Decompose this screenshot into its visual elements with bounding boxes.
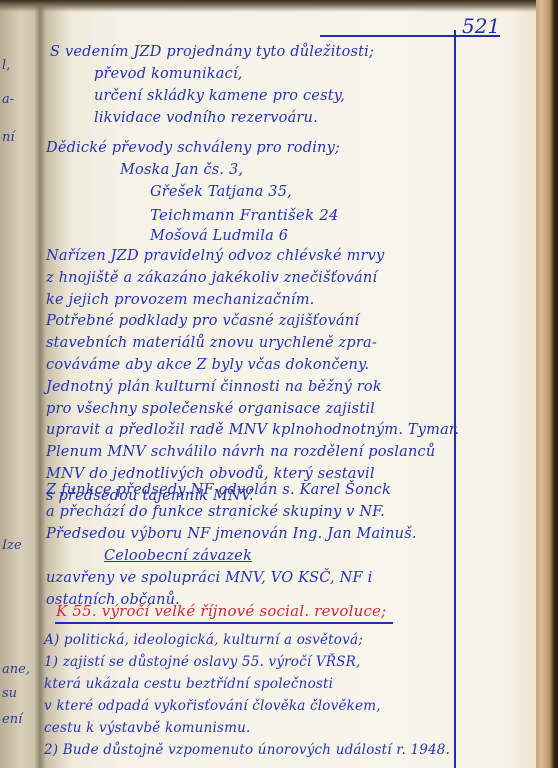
- text-line: S vedením JZD projednány tyto důležitost…: [50, 44, 374, 60]
- text-line: Jednotný plán kulturní činnosti na běžný…: [46, 379, 382, 395]
- text-line: ke jejich provozem mechanizačním.: [46, 292, 314, 308]
- text-line: likvidace vodního rezervoáru.: [94, 110, 318, 126]
- text-line: upravit a předložil radě MNV kplnohodnot…: [46, 422, 459, 438]
- margin-fragment: Ize: [2, 538, 22, 553]
- text-line: Teichmann František 24: [150, 206, 339, 224]
- text-line: z hnojiště a zákazáno jakékoliv znečišťo…: [46, 270, 377, 286]
- text-line: pro všechny společenské organisace zajis…: [46, 401, 375, 417]
- margin-fragment: l,: [2, 58, 10, 73]
- text-line: Z funkce předsedy NF odvolán s. Karel Šo…: [46, 482, 391, 498]
- text-line: stavebních materiálů znovu urychleně zpr…: [46, 335, 377, 351]
- list-line: 1) zajistí se důstojné oslavy 55. výročí…: [44, 654, 361, 670]
- list-line: cestu k výstavbě komunismu.: [44, 720, 251, 736]
- text-line: určení skládky kamene pro cesty,: [94, 88, 345, 104]
- text-line: převod komunikací,: [94, 66, 243, 82]
- page-top-shadow: [0, 0, 558, 12]
- text-line: Potřebné podklady pro včasné zajišťování: [46, 313, 359, 329]
- margin-fragment: ení: [2, 712, 22, 727]
- text-line: Moska Jan čs. 3,: [120, 162, 243, 178]
- text-line: Dědické převody schváleny pro rodiny;: [46, 140, 340, 156]
- text-line: Gřešek Tatjana 35,: [150, 184, 292, 200]
- text-line: MNV do jednotlivých obvodů, který sestav…: [46, 466, 375, 482]
- text-line: Předsedou výboru NF jmenován Ing. Jan Ma…: [46, 526, 417, 542]
- margin-fragment: a-: [2, 92, 14, 107]
- text-line: Nařízen JZD pravidelný odvoz chlévské mr…: [46, 248, 384, 264]
- text-line: Mošová Ludmila 6: [150, 228, 288, 244]
- list-line: A) politická, ideologická, kulturní a os…: [44, 632, 363, 648]
- red-heading: K 55. výročí velké říjnové social. revol…: [56, 602, 386, 620]
- list-line: 2) Bude důstojně vzpomenuto únorových ud…: [44, 742, 450, 758]
- text-line: Plenum MNV schválilo návrh na rozdělení …: [46, 444, 435, 460]
- text-line: cováváme aby akce Z byly včas dokončeny.: [46, 357, 369, 373]
- margin-fragment: ane,: [2, 662, 30, 677]
- right-margin-rule: [454, 30, 456, 768]
- list-line: v které odpadá vykořisťování člověka člo…: [44, 698, 381, 714]
- text-line: uzavřeny ve spolupráci MNV, VO KSČ, NF i: [46, 570, 372, 586]
- list-line: která ukázala cestu beztřídní společnost…: [44, 676, 333, 692]
- red-heading-underline: [55, 622, 393, 624]
- section-heading: Celoobecní závazek: [104, 548, 252, 564]
- page-number: 521: [462, 14, 500, 38]
- text-line: a přechází do funkce stranické skupiny v…: [46, 504, 385, 520]
- margin-fragment: su: [2, 686, 17, 701]
- margin-fragment: ní: [2, 130, 15, 145]
- book-fore-edge: [536, 0, 558, 768]
